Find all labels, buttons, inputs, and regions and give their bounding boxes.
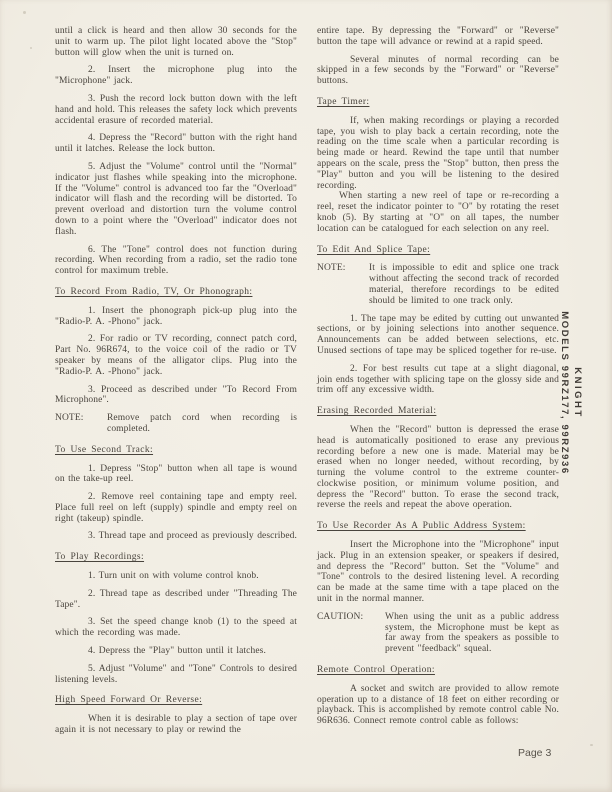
section-heading: To Play Recordings:: [55, 552, 297, 563]
paragraph: Insert the Microphone into the "Micropho…: [317, 540, 559, 605]
two-column-text-body: until a click is heard and then allow 30…: [55, 26, 559, 743]
paragraph: 1. The tape may be edited by cutting out…: [317, 314, 559, 357]
paragraph: When starting a new reel of tape or re-r…: [317, 191, 559, 234]
paragraph: 1. Insert the phonograph pick-up plug in…: [55, 306, 297, 328]
page-number: Page 3: [518, 747, 551, 759]
paragraph: 2. For radio or TV recording, connect pa…: [55, 334, 297, 377]
paragraph: 6. The "Tone" control does not function …: [55, 245, 297, 277]
note-label: NOTE:: [55, 413, 107, 435]
paragraph: until a click is heard and then allow 30…: [55, 26, 297, 58]
paragraph: 4. Depress the "Play" button until it la…: [55, 646, 297, 657]
paragraph: 2. Thread tape as described under "Threa…: [55, 589, 297, 611]
paragraph: entire tape. By depressing the "Forward"…: [317, 26, 559, 48]
paragraph: If, when making recordings or playing a …: [317, 116, 559, 192]
model-numbers: MODELS 99RZ177, 99RZ936: [558, 311, 571, 475]
paragraph: A socket and switch are provided to allo…: [317, 684, 559, 727]
paragraph: 2. Insert the microphone plug into the "…: [55, 65, 297, 87]
note-label: NOTE:: [317, 263, 369, 306]
paragraph: When the "Record" button is depressed th…: [317, 425, 559, 511]
note-block: NOTE: It is impossible to edit and splic…: [317, 263, 559, 306]
section-heading: To Record From Radio, TV, Or Phonograph:: [55, 287, 297, 298]
paragraph: Several minutes of normal recording can …: [317, 55, 559, 87]
section-heading: To Edit And Splice Tape:: [317, 245, 559, 256]
paragraph: 3. Thread tape and proceed as previously…: [55, 531, 297, 542]
paragraph: 4. Depress the "Record" button with the …: [55, 133, 297, 155]
scan-artifact: [30, 47, 32, 49]
section-heading: To Use Second Track:: [55, 445, 297, 456]
paragraph: 2. For best results cut tape at a slight…: [317, 364, 559, 396]
caution-label: CAUTION:: [317, 612, 385, 655]
paragraph: 5. Adjust the "Volume" control until the…: [55, 162, 297, 238]
section-heading: High Speed Forward Or Reverse:: [55, 695, 297, 706]
paragraph: 1. Depress "Stop" button when all tape i…: [55, 464, 297, 486]
paragraph: 3. Set the speed change knob (1) to the …: [55, 617, 297, 639]
paragraph: 2. Remove reel containing tape and empty…: [55, 492, 297, 524]
scan-artifact: [590, 744, 593, 746]
scan-artifact: [23, 11, 26, 14]
note-text: Remove patch cord when recording is comp…: [107, 413, 297, 435]
paragraph: 5. Adjust "Volume" and "Tone" Controls t…: [55, 664, 297, 686]
note-block: NOTE: Remove patch cord when recording i…: [55, 413, 297, 435]
section-heading: Remote Control Operation:: [317, 665, 559, 676]
section-heading: Erasing Recorded Material:: [317, 406, 559, 417]
note-text: It is impossible to edit and splice one …: [369, 263, 559, 306]
section-heading: To Use Recorder As A Public Address Syst…: [317, 521, 559, 532]
paragraph: When it is desirable to play a section o…: [55, 714, 297, 736]
left-column: until a click is heard and then allow 30…: [55, 26, 297, 743]
scanned-manual-page: until a click is heard and then allow 30…: [0, 0, 612, 792]
paragraph: 3. Proceed as described under "To Record…: [55, 385, 297, 407]
caution-block: CAUTION: When using the unit as a public…: [317, 612, 559, 655]
caution-text: When using the unit as a public address …: [385, 612, 559, 655]
sidebar-vertical-title: KNIGHT MODELS 99RZ177, 99RZ936: [558, 311, 584, 475]
section-heading: Tape Timer:: [317, 97, 559, 108]
brand-name: KNIGHT: [571, 311, 584, 475]
paragraph: 1. Turn unit on with volume control knob…: [55, 571, 297, 582]
right-column: entire tape. By depressing the "Forward"…: [317, 26, 559, 743]
paragraph: 3. Push the record lock button down with…: [55, 94, 297, 126]
